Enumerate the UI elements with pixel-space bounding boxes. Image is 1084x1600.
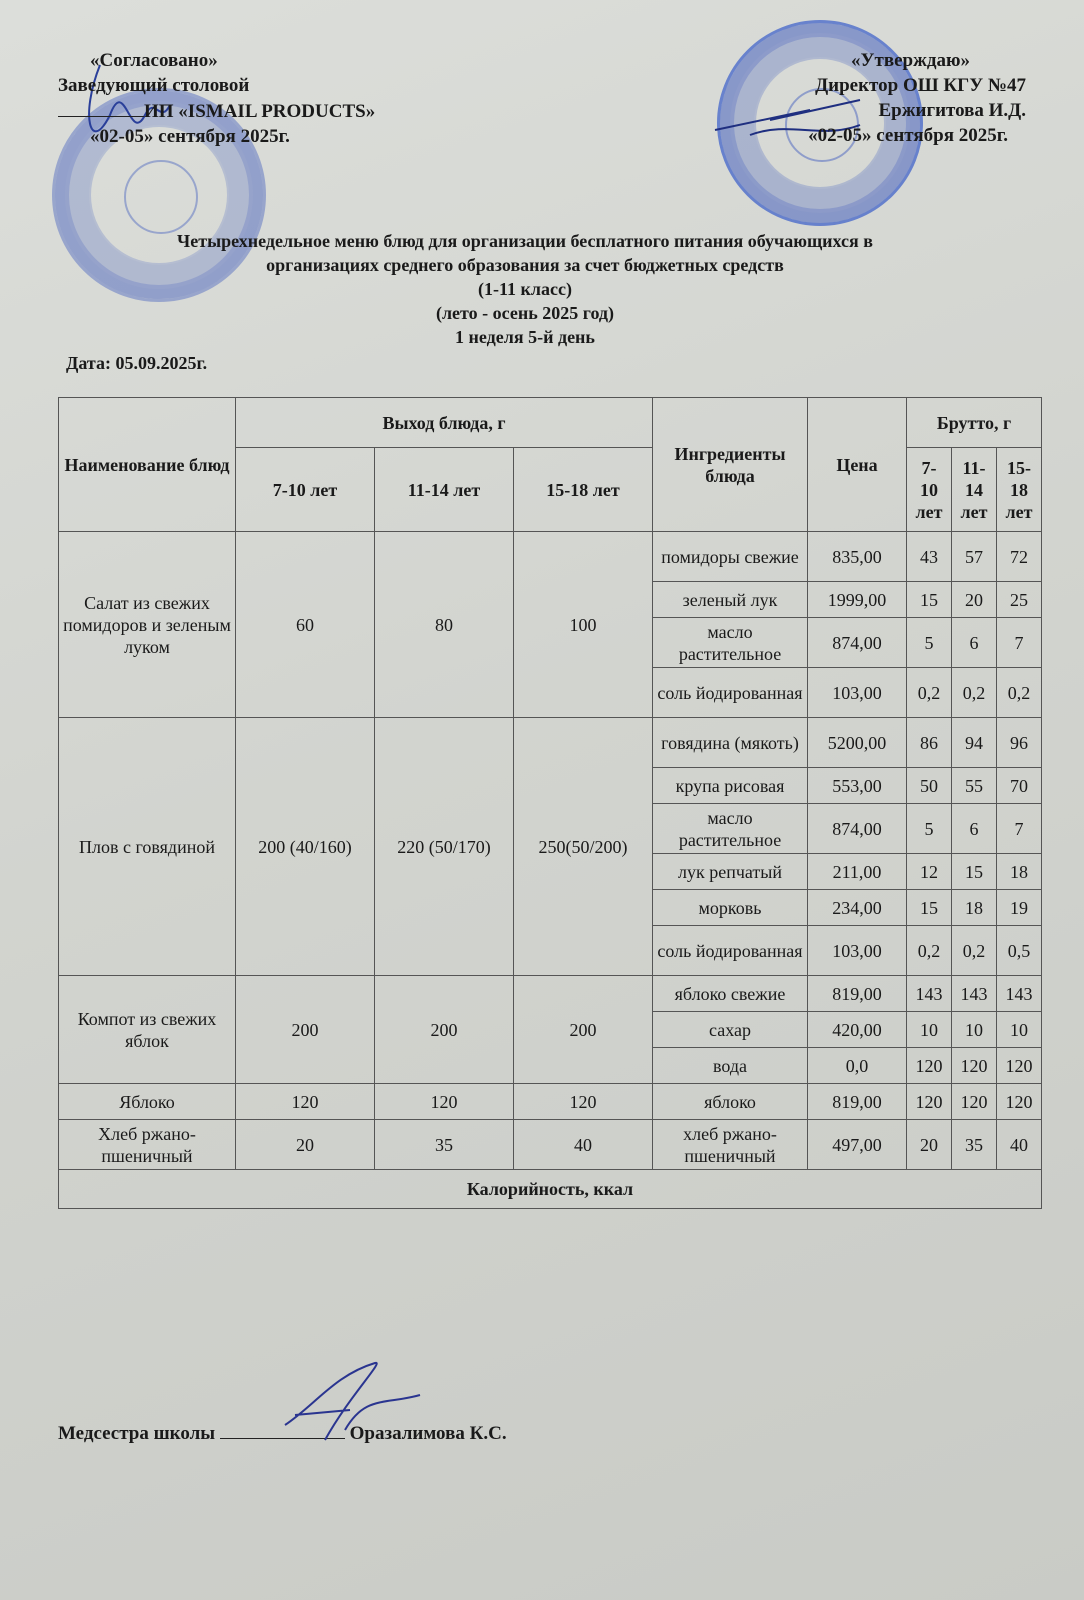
header-gross-11-14: 11- 14 лет (952, 448, 997, 532)
table-row: Плов с говядиной200 (40/160)220 (50/170)… (59, 718, 1042, 768)
gross-15-18-cell: 72 (997, 532, 1042, 582)
ingredient-name-cell: крупа рисовая (653, 768, 808, 804)
header-output-11-14: 11-14 лет (375, 448, 514, 532)
globe-emblem-icon (124, 160, 198, 234)
gross-15-18-cell: 120 (997, 1084, 1042, 1120)
gross-15-18-cell: 143 (997, 976, 1042, 1012)
dish-name-cell: Хлеб ржано-пшеничный (59, 1120, 236, 1170)
gross-7-10-cell: 10 (907, 1012, 952, 1048)
gross-11-14-cell: 0,2 (952, 926, 997, 976)
header-output-15-18: 15-18 лет (514, 448, 653, 532)
dish-output-cell: 220 (50/170) (375, 718, 514, 976)
header-output: Выход блюда, г (236, 398, 653, 448)
gross-15-18-cell: 19 (997, 890, 1042, 926)
gross-15-18-cell: 0,5 (997, 926, 1042, 976)
ingredient-name-cell: говядина (мякоть) (653, 718, 808, 768)
gross-7-10-cell: 0,2 (907, 668, 952, 718)
ingredient-name-cell: зеленый лук (653, 582, 808, 618)
dish-output-cell: 120 (375, 1084, 514, 1120)
table-row: Салат из свежих помидоров и зеленым луко… (59, 532, 1042, 582)
gross-11-14-cell: 57 (952, 532, 997, 582)
table-row: Яблоко120120120яблоко819,00120120120 (59, 1084, 1042, 1120)
ingredient-name-cell: помидоры свежие (653, 532, 808, 582)
director-name: Ержигитова И.Д. (808, 98, 1026, 123)
gross-7-10-cell: 120 (907, 1084, 952, 1120)
ingredient-price-cell: 835,00 (808, 532, 907, 582)
gross-11-14-cell: 143 (952, 976, 997, 1012)
dish-output-cell: 120 (514, 1084, 653, 1120)
ingredient-name-cell: масло растительное (653, 618, 808, 668)
ingredient-name-cell: яблоко свежие (653, 976, 808, 1012)
gross-11-14-cell: 6 (952, 804, 997, 854)
ingredient-price-cell: 497,00 (808, 1120, 907, 1170)
dish-name-cell: Салат из свежих помидоров и зеленым луко… (59, 532, 236, 718)
dish-name-cell: Компот из свежих яблок (59, 976, 236, 1084)
gross-15-18-cell: 25 (997, 582, 1042, 618)
header-price: Цена (808, 398, 907, 532)
gross-11-14-cell: 6 (952, 618, 997, 668)
gross-15-18-cell: 0,2 (997, 668, 1042, 718)
gross-7-10-cell: 15 (907, 890, 952, 926)
approved-heading: «Утверждаю» (808, 48, 1026, 73)
ingredient-name-cell: соль йодированная (653, 668, 808, 718)
gross-7-10-cell: 5 (907, 804, 952, 854)
ingredient-price-cell: 553,00 (808, 768, 907, 804)
ingredient-name-cell: вода (653, 1048, 808, 1084)
gross-11-14-cell: 15 (952, 854, 997, 890)
gross-7-10-cell: 15 (907, 582, 952, 618)
dish-output-cell: 200 (514, 976, 653, 1084)
table-row: Хлеб ржано-пшеничный203540хлеб ржано-пше… (59, 1120, 1042, 1170)
ingredient-price-cell: 819,00 (808, 1084, 907, 1120)
gross-7-10-cell: 12 (907, 854, 952, 890)
ingredient-name-cell: яблоко (653, 1084, 808, 1120)
dish-output-cell: 60 (236, 532, 375, 718)
menu-table: Наименование блюд Выход блюда, г Ингреди… (58, 397, 1042, 1209)
gross-11-14-cell: 120 (952, 1048, 997, 1084)
ingredient-price-cell: 874,00 (808, 804, 907, 854)
canteen-organization: ИП «ISMAIL PRODUCTS» (58, 98, 375, 124)
nurse-position: Медсестра школы (58, 1423, 215, 1444)
dish-output-cell: 120 (236, 1084, 375, 1120)
gross-7-10-cell: 20 (907, 1120, 952, 1170)
approval-agreed-block: «Согласовано» Заведующий столовой ИП «IS… (58, 48, 375, 149)
gross-11-14-cell: 18 (952, 890, 997, 926)
canteen-head-position: Заведующий столовой (58, 73, 375, 98)
gross-11-14-cell: 10 (952, 1012, 997, 1048)
gross-7-10-cell: 143 (907, 976, 952, 1012)
ingredient-price-cell: 874,00 (808, 618, 907, 668)
dish-output-cell: 80 (375, 532, 514, 718)
menu-date: Дата: 05.09.2025г. (66, 353, 207, 374)
approval-approved-block: «Утверждаю» Директор ОШ КГУ №47 Ержигито… (808, 48, 1026, 148)
signature-nurse-icon (255, 1355, 425, 1445)
ingredient-name-cell: лук репчатый (653, 854, 808, 890)
dish-output-cell: 20 (236, 1120, 375, 1170)
gross-7-10-cell: 50 (907, 768, 952, 804)
dish-output-cell: 40 (514, 1120, 653, 1170)
table-row: Компот из свежих яблок200200200яблоко св… (59, 976, 1042, 1012)
header-gross-7-10: 7- 10 лет (907, 448, 952, 532)
ingredient-price-cell: 211,00 (808, 854, 907, 890)
gross-15-18-cell: 10 (997, 1012, 1042, 1048)
dish-name-cell: Яблоко (59, 1084, 236, 1120)
ingredient-name-cell: масло растительное (653, 804, 808, 854)
gross-15-18-cell: 7 (997, 804, 1042, 854)
ingredient-price-cell: 1999,00 (808, 582, 907, 618)
gross-15-18-cell: 70 (997, 768, 1042, 804)
agreed-heading: «Согласовано» (58, 48, 375, 73)
document-title: Четырехнедельное меню блюд для организац… (60, 229, 990, 349)
approved-date: «02-05» сентября 2025г. (808, 123, 1026, 148)
gross-11-14-cell: 55 (952, 768, 997, 804)
signature-line (58, 98, 144, 117)
gross-11-14-cell: 0,2 (952, 668, 997, 718)
ingredient-price-cell: 103,00 (808, 926, 907, 976)
gross-7-10-cell: 43 (907, 532, 952, 582)
calorie-label: Калорийность, ккал (59, 1170, 1042, 1209)
gross-11-14-cell: 94 (952, 718, 997, 768)
dish-output-cell: 200 (236, 976, 375, 1084)
dish-name-cell: Плов с говядиной (59, 718, 236, 976)
ingredient-name-cell: морковь (653, 890, 808, 926)
dish-output-cell: 200 (40/160) (236, 718, 375, 976)
ingredient-price-cell: 5200,00 (808, 718, 907, 768)
menu-table-body: Салат из свежих помидоров и зеленым луко… (59, 532, 1042, 1170)
gross-7-10-cell: 120 (907, 1048, 952, 1084)
dish-output-cell: 100 (514, 532, 653, 718)
gross-15-18-cell: 18 (997, 854, 1042, 890)
dish-output-cell: 250(50/200) (514, 718, 653, 976)
ingredient-price-cell: 234,00 (808, 890, 907, 926)
calorie-row: Калорийность, ккал (59, 1170, 1042, 1209)
header-gross-15-18: 15- 18 лет (997, 448, 1042, 532)
header-gross: Брутто, г (907, 398, 1042, 448)
ingredient-name-cell: сахар (653, 1012, 808, 1048)
ingredient-price-cell: 819,00 (808, 976, 907, 1012)
director-position: Директор ОШ КГУ №47 (808, 73, 1026, 98)
dish-output-cell: 35 (375, 1120, 514, 1170)
ingredient-name-cell: соль йодированная (653, 926, 808, 976)
header-output-7-10: 7-10 лет (236, 448, 375, 532)
gross-11-14-cell: 35 (952, 1120, 997, 1170)
gross-15-18-cell: 40 (997, 1120, 1042, 1170)
ingredient-price-cell: 103,00 (808, 668, 907, 718)
gross-11-14-cell: 120 (952, 1084, 997, 1120)
gross-15-18-cell: 7 (997, 618, 1042, 668)
gross-15-18-cell: 120 (997, 1048, 1042, 1084)
header-ingredients: Ингредиенты блюда (653, 398, 808, 532)
gross-7-10-cell: 5 (907, 618, 952, 668)
gross-7-10-cell: 86 (907, 718, 952, 768)
document-page: «Согласовано» Заведующий столовой ИП «IS… (0, 0, 1084, 1600)
ingredient-price-cell: 420,00 (808, 1012, 907, 1048)
gross-15-18-cell: 96 (997, 718, 1042, 768)
header-dish-name: Наименование блюд (59, 398, 236, 532)
gross-11-14-cell: 20 (952, 582, 997, 618)
agreed-date: «02-05» сентября 2025г. (58, 124, 375, 149)
dish-output-cell: 200 (375, 976, 514, 1084)
gross-7-10-cell: 0,2 (907, 926, 952, 976)
ingredient-price-cell: 0,0 (808, 1048, 907, 1084)
ingredient-name-cell: хлеб ржано-пшеничный (653, 1120, 808, 1170)
